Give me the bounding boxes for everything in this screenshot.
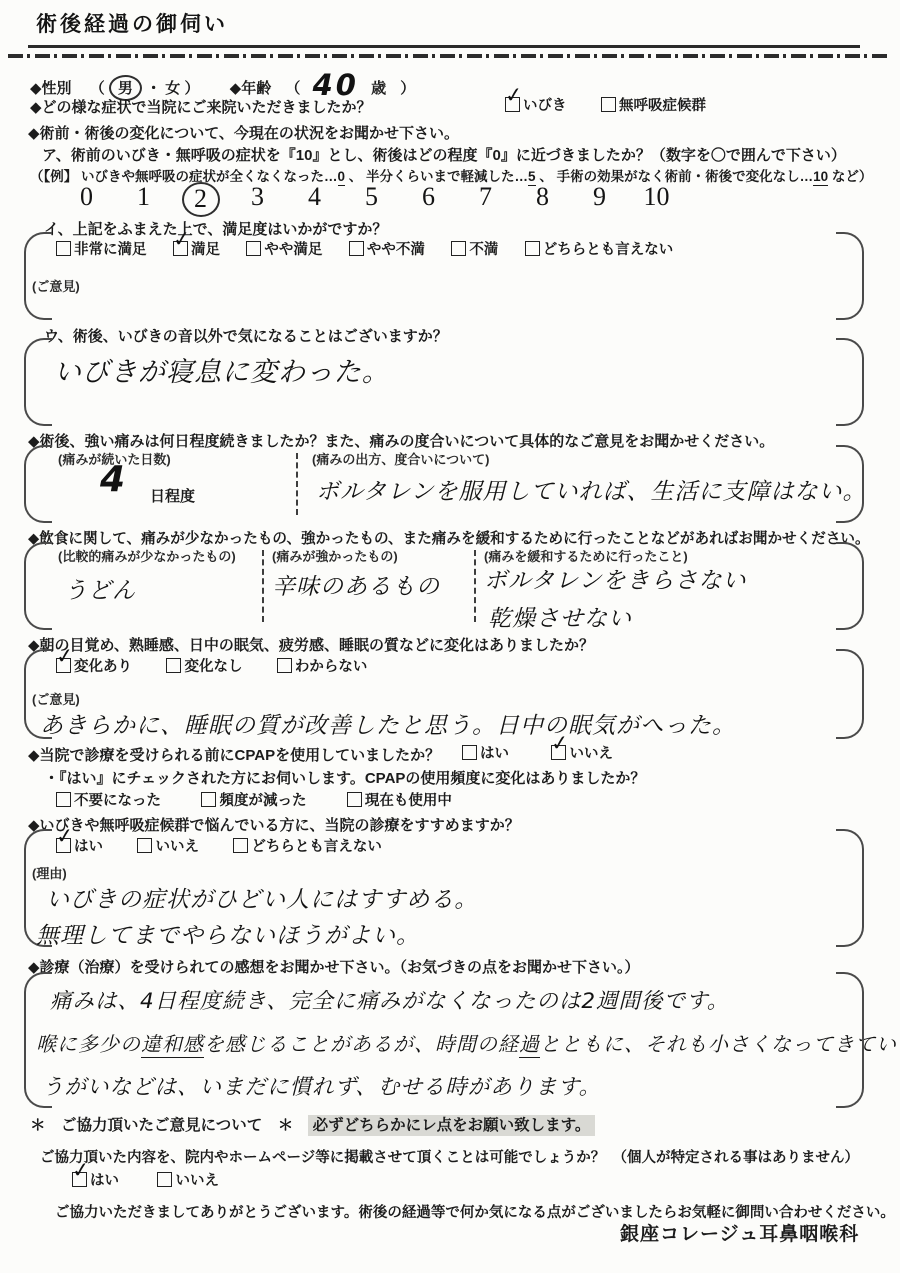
diet-box: (比較的痛みが少なかったもの) (痛みが強かったもの) (痛みを緩和するために行… <box>24 542 864 630</box>
checkbox-label: 変化あり <box>74 655 132 676</box>
gender-close-paren: ） <box>184 80 199 97</box>
checkbox-square <box>246 241 261 256</box>
pain-detail-label: (痛みの出方、度合いについて) <box>312 449 489 468</box>
checkbox-square <box>56 241 71 256</box>
impression-underlined-word: 過 <box>519 1032 540 1058</box>
recommend-box: ✓はい ✓いいえ ✓どちらとも言えない (理由) いびきの症状がひどい人にはすす… <box>24 829 864 947</box>
checkbox-square <box>277 658 292 673</box>
scale-number: 3 <box>229 182 286 217</box>
checkbox-wakaranai: ✓わからない <box>277 655 368 676</box>
scale-value: 1 <box>134 182 154 212</box>
symptom-question: ◆どの様な症状で当院にご来院いただきましたか？ <box>30 96 372 117</box>
change-question-a: ア、術前のいびき・無呼吸の症状を『10』とし、術後はどの程度『0』に近づきました… <box>42 144 846 165</box>
gender-label: ◆性別 <box>30 80 72 97</box>
checkbox-manzoku: ✓満足 <box>173 238 220 259</box>
checkbox-label: いいえ <box>155 835 199 856</box>
recommend-reason-line2: 無理してまでやらないほうがよい。 <box>36 917 420 950</box>
checkbox-label: 満足 <box>191 238 220 259</box>
recommend-options: ✓はい ✓いいえ ✓どちらとも言えない <box>56 835 382 858</box>
diet-col2-answer: 辛味のあるもの <box>272 568 440 601</box>
pain-detail-answer: ボルタレンを服用していれば、生活に支障はない。 <box>316 473 867 506</box>
checkbox-label: 不要になった <box>74 789 161 810</box>
scale-value: 5 <box>362 182 382 212</box>
checkbox-label: やや不満 <box>367 238 425 259</box>
age-label: ◆年齢 <box>230 80 272 97</box>
checkbox-label: いいえ <box>569 742 613 763</box>
sleep-box: ✓変化あり ✓変化なし ✓わからない (ご意見) あきらかに、睡眠の質が改善した… <box>24 649 864 739</box>
checkbox-hindo-hetta: ✓頻度が減った <box>201 789 306 810</box>
checkbox-fuman: ✓不満 <box>451 238 498 259</box>
sleep-comment: あきらかに、睡眠の質が改善したと思う。日中の眠気がへった。 <box>40 707 736 740</box>
impression-text: とともに、それも小さくなってきている。 <box>540 1032 900 1056</box>
checkbox-square <box>462 745 477 760</box>
check-mark: ✓ <box>550 730 570 756</box>
scale-value-circled: 2 <box>182 182 220 217</box>
checkbox-square <box>347 792 362 807</box>
checkbox-hijoni-manzoku: ✓非常に満足 <box>56 238 147 259</box>
check-mark: ✓ <box>55 643 75 669</box>
scale-value: 3 <box>248 182 268 212</box>
gender-female: 女 <box>165 80 180 97</box>
pain-days-value: 4 <box>100 459 126 500</box>
check-mark: ✓ <box>71 1157 91 1183</box>
checkbox-label: やや満足 <box>264 238 322 259</box>
age-close-paren: ） <box>400 80 415 97</box>
impression-text: を感じることがあるが、時間の経 <box>204 1032 519 1056</box>
checkbox-susumeru-iie: ✓いいえ <box>137 835 199 856</box>
other-concern-box: いびきが寝息に変わった。 <box>24 338 864 426</box>
checkbox-mukokyu: ✓ 無呼吸症候群 <box>601 94 706 115</box>
diet-divider-1 <box>262 550 264 622</box>
scale-number: 0 <box>58 182 115 217</box>
scale-value: 9 <box>590 182 610 212</box>
scale-number: 10 <box>628 182 685 217</box>
check-mark: ✓ <box>504 82 524 108</box>
checkbox-label: 不満 <box>469 238 498 259</box>
checkbox-square <box>451 241 466 256</box>
scale-number: 2 <box>172 182 229 217</box>
satisfaction-options: ✓非常に満足 ✓満足 ✓やや満足 ✓やや不満 ✓不満 ✓どちらとも言えない <box>56 238 673 261</box>
scale-value: 7 <box>476 182 496 212</box>
checkbox-henka-ari: ✓変化あり <box>56 655 132 676</box>
example-value-10: 10 <box>813 169 828 186</box>
scale-number: 8 <box>514 182 571 217</box>
symptom-options: ✓ いびき ✓ 無呼吸症候群 <box>505 94 706 117</box>
check-mark: ✓ <box>172 226 192 252</box>
footer-note-head: ＊ ご協力頂いたご意見について ＊ <box>30 1117 293 1134</box>
impression-underlined-word: 違和感 <box>141 1032 204 1058</box>
sleep-options: ✓変化あり ✓変化なし ✓わからない <box>56 655 367 678</box>
impression-line3: うがいなどは、いまだに慣れず、むせる時があります。 <box>42 1070 601 1101</box>
checkbox-label: 頻度が減った <box>219 789 306 810</box>
checkbox-square <box>56 792 71 807</box>
scale-number: 7 <box>457 182 514 217</box>
checkbox-susumeru-dochira: ✓どちらとも言えない <box>233 835 382 856</box>
checkbox-label: いいえ <box>175 1169 219 1190</box>
scale-number: 6 <box>400 182 457 217</box>
checkbox-henka-nashi: ✓変化なし <box>166 655 242 676</box>
checkbox-square <box>601 97 616 112</box>
checkbox-dochiratomo: ✓どちらとも言えない <box>525 238 674 259</box>
checkbox-label: どちらとも言えない <box>251 835 382 856</box>
impression-text: 喉に多少の <box>36 1032 141 1056</box>
comment-label: (ご意見) <box>32 689 80 708</box>
checkbox-square <box>166 658 181 673</box>
impression-line2: 喉に多少の違和感を感じることがあるが、時間の経過とともに、それも小さくなってきて… <box>36 1028 900 1057</box>
pain-days-unit: 日程度 <box>150 485 195 506</box>
questionnaire-scan: 術後経過の御伺い ◆性別 （ 男 ・ 女 ） ◆年齢 （ 40 歳 ） ◆どの様… <box>0 0 900 1273</box>
impression-line1: 痛みは、4日程度続き、完全に痛みがなくなったのは2週間後です。 <box>50 984 729 1015</box>
change-heading: ◆術前・術後の変化について、今現在の状況をお聞かせ下さい。 <box>28 122 459 143</box>
satisfaction-box: ✓非常に満足 ✓満足 ✓やや満足 ✓やや不満 ✓不満 ✓どちらとも言えない (ご… <box>24 232 864 320</box>
footer-note-row: ＊ ご協力頂いたご意見について ＊ 必ずどちらかにレ点をお願い致します。 <box>30 1113 595 1135</box>
clinic-name: 銀座コレージュ耳鼻咽喉科 <box>620 1219 859 1246</box>
pain-box: (痛みが続いた日数) (痛みの出方、度合いについて) 4 日程度 ボルタレンを服… <box>24 445 864 523</box>
scale-number: 4 <box>286 182 343 217</box>
other-concern-answer: いびきが寝息に変わった。 <box>54 350 390 389</box>
checkbox-square <box>137 838 152 853</box>
checkbox-cpap-iie: ✓いいえ <box>551 742 613 763</box>
checkbox-ibiki: ✓ いびき <box>505 94 567 115</box>
checkbox-publish-iie: ✓いいえ <box>157 1169 219 1190</box>
title-underline <box>28 45 860 48</box>
cpap-followup-options: ✓不要になった ✓頻度が減った ✓現在も使用中 <box>56 789 452 812</box>
checkbox-label: わからない <box>295 655 368 676</box>
gender-separator: ・ <box>146 80 161 97</box>
scale-value: 6 <box>419 182 439 212</box>
checkbox-cpap-hai: ✓はい <box>462 742 509 763</box>
scale-number: 1 <box>115 182 172 217</box>
checkbox-label: どちらとも言えない <box>543 238 674 259</box>
impression-box: 痛みは、4日程度続き、完全に痛みがなくなったのは2週間後です。 喉に多少の違和感… <box>24 972 864 1108</box>
comment-label: (ご意見) <box>32 276 80 295</box>
publish-question: ご協力頂いた内容を、院内やホームページ等に掲載させて頂くことは可能でしょうか？ … <box>40 1146 859 1167</box>
checkbox-label: はい <box>90 1169 119 1190</box>
checkbox-label: 非常に満足 <box>74 238 147 259</box>
diet-col1-answer: うどん <box>64 572 136 605</box>
checkbox-publish-hai: ✓はい <box>72 1169 119 1190</box>
cpap-question: ◆当院で診療を受けられる前にCPAPを使用していましたか？ <box>28 744 440 765</box>
checkbox-label: 変化なし <box>184 655 242 676</box>
example-text: など） <box>828 169 872 184</box>
checkbox-genzai-shiyochu: ✓現在も使用中 <box>347 789 452 810</box>
diet-col3-answer-line1: ボルタレンをきらさない <box>484 562 747 595</box>
checkbox-yaya-manzoku: ✓やや満足 <box>246 238 322 259</box>
checkbox-susumeru-hai: ✓はい <box>56 835 103 856</box>
diet-divider-2 <box>474 550 476 622</box>
checkbox-yaya-fuman: ✓やや不満 <box>349 238 425 259</box>
scale-value: 4 <box>305 182 325 212</box>
checkbox-square <box>525 241 540 256</box>
scale-number: 9 <box>571 182 628 217</box>
publish-options: ✓はい ✓いいえ <box>72 1169 219 1192</box>
checkbox-square <box>349 241 364 256</box>
checkbox-fuyo: ✓不要になった <box>56 789 161 810</box>
rating-scale: 0 1 2 3 4 5 6 7 8 9 10 <box>58 182 685 217</box>
scale-value: 8 <box>533 182 553 212</box>
age-unit: 歳 <box>371 80 386 97</box>
page-title: 術後経過の御伺い <box>36 8 228 38</box>
checkbox-label: 現在も使用中 <box>365 789 452 810</box>
reason-label: (理由) <box>32 863 67 882</box>
checkbox-square <box>201 792 216 807</box>
age-open-paren: （ <box>285 80 300 97</box>
footer-note-strong: 必ずどちらかにレ点をお願い致します。 <box>308 1115 596 1136</box>
checkbox-label: 無呼吸症候群 <box>619 94 706 115</box>
check-mark: ✓ <box>55 823 75 849</box>
diet-col1-label: (比較的痛みが少なかったもの) <box>58 546 236 565</box>
diet-col3-answer-line2: 乾燥させない <box>488 600 632 633</box>
recommend-reason-line1: いびきの症状がひどい人にはすすめる。 <box>46 881 478 914</box>
pain-column-divider <box>296 453 298 515</box>
checkbox-label: いびき <box>523 94 567 115</box>
checkbox-square <box>157 1172 172 1187</box>
gender-open-paren: （ <box>90 80 105 97</box>
checkbox-label: はい <box>480 742 509 763</box>
diet-col2-label: (痛みが強かったもの) <box>272 546 398 565</box>
scale-number: 5 <box>343 182 400 217</box>
header-dashdot-rule <box>8 54 890 58</box>
cpap-options: ✓はい ✓いいえ <box>462 742 613 765</box>
cpap-followup-question: ・『はい』にチェックされた方にお伺いします。CPAPの使用頻度に変化はありました… <box>44 767 645 788</box>
scale-value: 10 <box>644 182 670 212</box>
scale-value: 0 <box>77 182 97 212</box>
checkbox-label: はい <box>74 835 103 856</box>
checkbox-square <box>233 838 248 853</box>
